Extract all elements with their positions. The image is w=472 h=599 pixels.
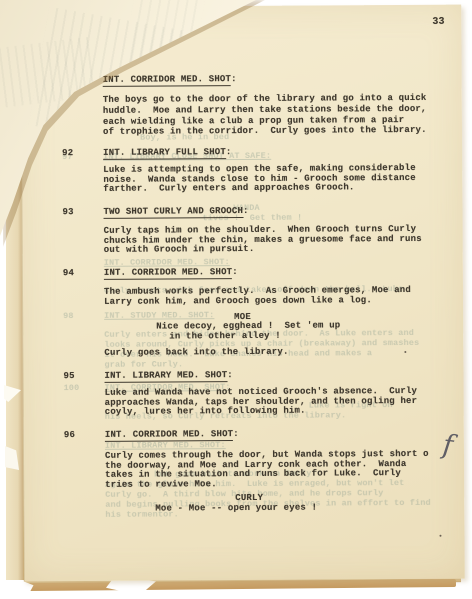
scene-heading-colon: : <box>232 267 238 277</box>
scene-heading-text: INT. LIBRARY MED. SHOT <box>104 370 227 382</box>
ghost-showthrough-line: grab for Curly. <box>104 360 183 370</box>
action-paragraph: Curly comes through the door, but Wanda … <box>105 450 429 491</box>
action-paragraph: The ambush works perfectly. As Grooch em… <box>104 286 411 307</box>
scene-number: 94 <box>63 269 74 279</box>
scene-number: 96 <box>64 431 75 441</box>
dialogue-line: in the other alley ! <box>169 331 281 341</box>
action-paragraph: Curly goes back into the library. <box>104 348 288 359</box>
scene-number: 93 <box>62 208 73 218</box>
scene-heading: INT. CORRIDOR MED. SHOT: <box>103 75 237 86</box>
ghost-showthrough-line: 98 <box>63 312 74 322</box>
scene-heading-text: TWO SHOT CURLY AND GROOCH <box>103 206 243 218</box>
scene-heading-text: INT. CORRIDOR MED. SHOT <box>103 74 231 86</box>
action-paragraph: Luke is attempting to open the safe, mak… <box>103 164 416 195</box>
handwritten-correction-f: f <box>441 431 454 459</box>
scene-number: 95 <box>63 372 74 382</box>
scene-heading-colon: : <box>231 74 237 84</box>
dialogue-line: Moe - Moe -- open your eyes ! <box>155 504 317 515</box>
action-paragraph: The boys go to the door of the library a… <box>103 93 427 138</box>
scene-heading-colon: : <box>226 147 232 157</box>
ghost-showthrough-line: INT. STUDY MED. SHOT: <box>104 311 214 321</box>
ink-speck <box>404 351 406 353</box>
scene-heading-colon: : <box>227 370 233 380</box>
scene-heading: INT. CORRIDOR MED. SHOT: <box>104 268 238 279</box>
action-paragraph: Curly taps him on the shoulder. When Gro… <box>104 225 422 256</box>
scene-number: 92 <box>62 149 73 159</box>
ghost-showthrough-line: 100 <box>64 384 80 394</box>
scanned-script-photo: 33 f Boy, is he in bed97INT. LIBRARY CLO… <box>0 0 472 599</box>
scene-heading: INT. CORRIDOR MED. SHOT: <box>105 430 239 441</box>
scene-heading: TWO SHOT CURLY AND GROOCH: <box>103 207 248 218</box>
ink-speck <box>439 535 441 537</box>
scene-heading-text: INT. CORRIDOR MED. SHOT <box>105 429 233 441</box>
scene-heading-colon: : <box>243 206 249 216</box>
scene-heading-text: INT. LIBRARY FULL SHOT <box>103 147 226 159</box>
scene-heading-colon: : <box>233 429 239 439</box>
scene-heading: INT. LIBRARY MED. SHOT: <box>104 371 232 381</box>
page-number: 33 <box>432 18 444 28</box>
scene-heading: INT. LIBRARY FULL SHOT: <box>103 148 231 158</box>
scene-heading-text: INT. CORRIDOR MED. SHOT <box>104 267 232 279</box>
action-paragraph: Luke and Wanda have not noticed Grooch's… <box>105 387 418 418</box>
